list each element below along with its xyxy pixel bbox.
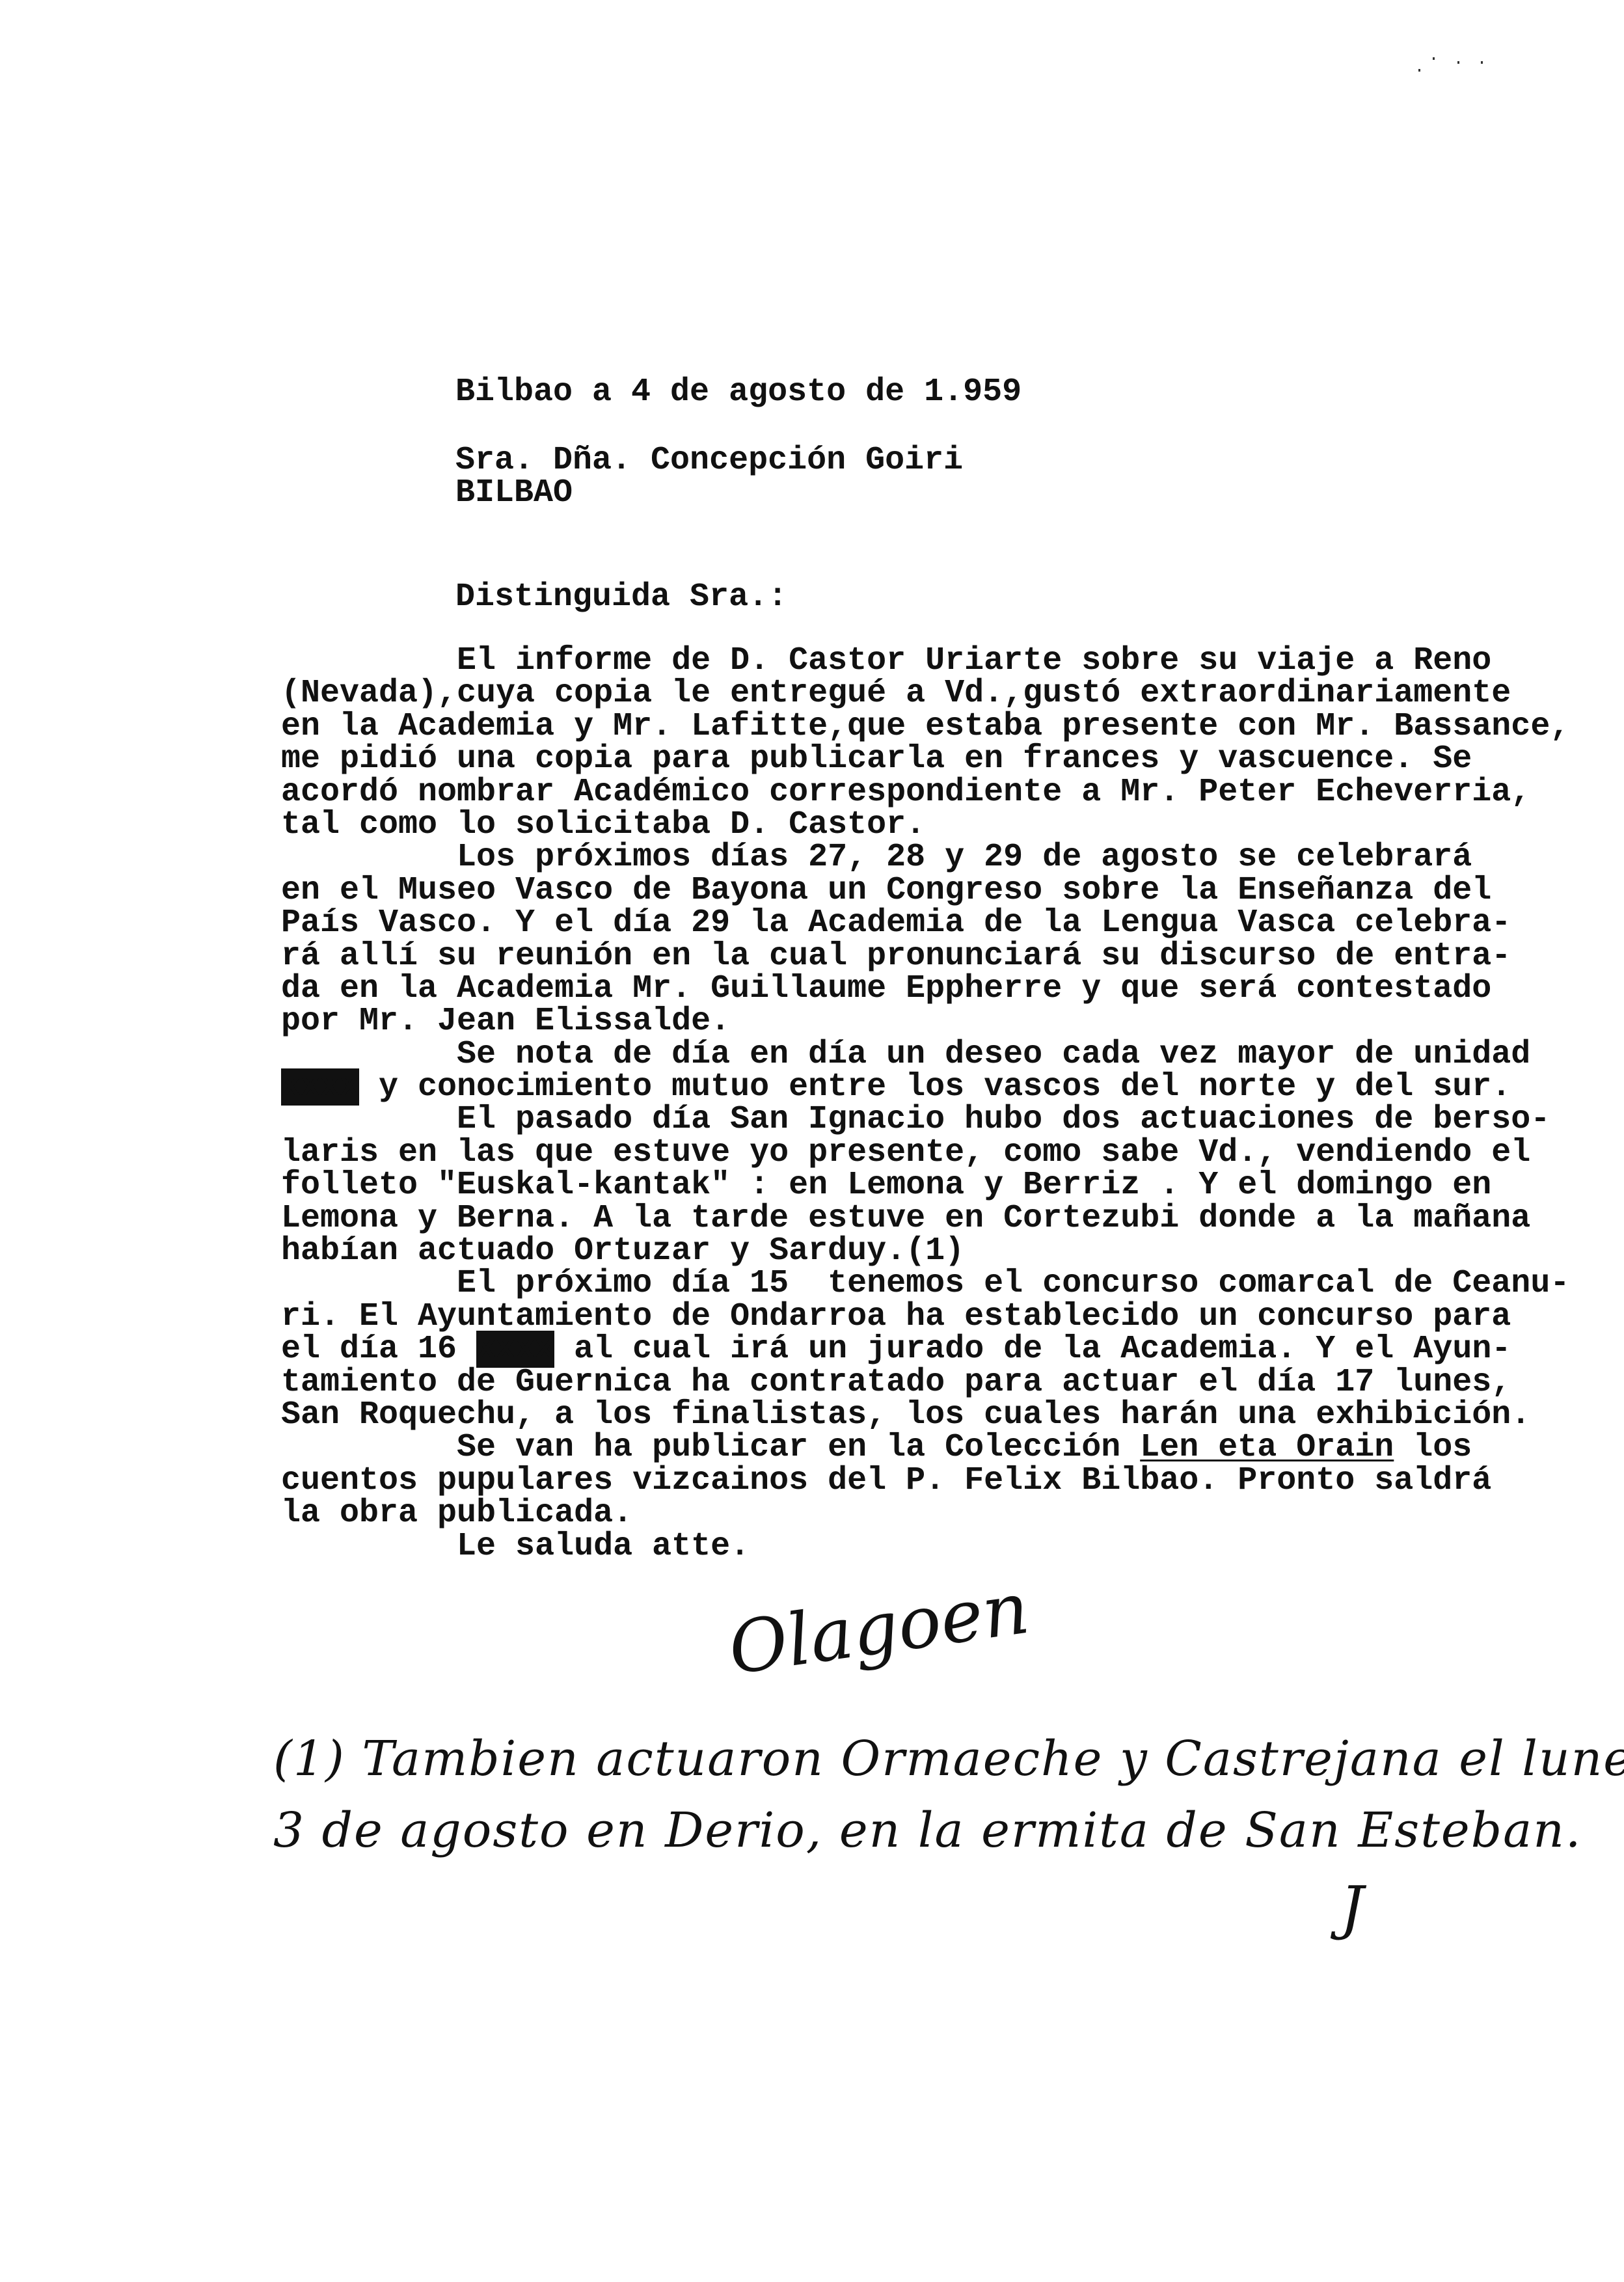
recipient-city: BILBAO xyxy=(455,477,573,509)
body-text: la obra publicada. xyxy=(281,1495,632,1532)
recipient-name: Sra. Dña. Concepción Goiri xyxy=(455,444,963,477)
body-line: ri. El Ayuntamiento de Ondarroa ha estab… xyxy=(281,1301,1569,1333)
body-line: cuentos pupulares vizcainos del P. Felix… xyxy=(281,1465,1569,1497)
body-text: da en la Academia Mr. Guillaume Eppherre… xyxy=(281,970,1491,1007)
body-text: El próximo día 15 tenemos el concurso co… xyxy=(281,1265,1569,1302)
body-text: País Vasco. Y el día 29 la Academia de l… xyxy=(281,904,1511,942)
letter-page: Bilbao a 4 de agosto de 1.959 Sra. Dña. … xyxy=(0,0,1624,2282)
body-line: folleto "Euskal-kantak" : en Lemona y Be… xyxy=(281,1169,1569,1202)
salutation: Distinguida Sra.: xyxy=(455,581,787,614)
handwritten-initial: J xyxy=(1340,1874,1364,1942)
body-line: rá allí su reunión en la cual pronunciar… xyxy=(281,940,1569,973)
body-text: San Roquechu, a los finalistas, los cual… xyxy=(281,1396,1530,1433)
body-line: Lemona y Berna. A la tarde estuve en Cor… xyxy=(281,1202,1569,1235)
body-text: rá allí su reunión en la cual pronunciar… xyxy=(281,938,1511,975)
body-line: El informe de D. Castor Uriarte sobre su… xyxy=(281,645,1569,677)
body-line: en el Museo Vasco de Bayona un Congreso … xyxy=(281,875,1569,907)
body-line: Los próximos días 27, 28 y 29 de agosto … xyxy=(281,841,1569,874)
body-text: laris en las que estuve yo presente, com… xyxy=(281,1134,1530,1171)
body-line: Le saluda atte. xyxy=(281,1530,1569,1563)
handwritten-footnote-line: 3 de agosto en Derio, en la ermita de Sa… xyxy=(273,1802,1582,1858)
body-line: tal como lo solicitaba D. Castor. xyxy=(281,809,1569,841)
body-line: tamiento de Guernica ha contratado para … xyxy=(281,1366,1569,1399)
body-text: por Mr. Jean Elissalde. xyxy=(281,1003,730,1040)
underlined-title: Len eta Orain xyxy=(1140,1429,1394,1466)
body-line: me pidió una copia para publicarla en fr… xyxy=(281,743,1569,776)
body-text: el día 16 xyxy=(281,1331,476,1368)
body-text: Le saluda atte. xyxy=(281,1528,750,1565)
body-line: en la Academia y Mr. Lafitte,que estaba … xyxy=(281,711,1569,743)
body-line: El próximo día 15 tenemos el concurso co… xyxy=(281,1268,1569,1300)
body-line: Se van ha publicar en la Colección Len e… xyxy=(281,1432,1569,1464)
body-line: San Roquechu, a los finalistas, los cual… xyxy=(281,1399,1569,1432)
body-line: Se nota de día en día un deseo cada vez … xyxy=(281,1039,1569,1071)
body-text: ri. El Ayuntamiento de Ondarroa ha estab… xyxy=(281,1298,1511,1335)
body-line: la obra publicada. xyxy=(281,1497,1569,1530)
body-text: Los próximos días 27, 28 y 29 de agosto … xyxy=(281,839,1472,876)
body-line: País Vasco. Y el día 29 la Academia de l… xyxy=(281,907,1569,940)
body-text: Se van ha publicar en la Colección xyxy=(281,1429,1140,1466)
body-text: tamiento de Guernica ha contratado para … xyxy=(281,1364,1511,1401)
body-text: habían actuado Ortuzar y Sarduy.(1) xyxy=(281,1232,964,1270)
body-line: laris en las que estuve yo presente, com… xyxy=(281,1137,1569,1169)
scan-noise-marks xyxy=(1431,52,1483,78)
body-text: El informe de D. Castor Uriarte sobre su… xyxy=(281,642,1491,679)
body-line: xxxx y conocimiento mutuo entre los vasc… xyxy=(281,1071,1569,1104)
body-text: cuentos pupulares vizcainos del P. Felix… xyxy=(281,1462,1491,1499)
body-text: en el Museo Vasco de Bayona un Congreso … xyxy=(281,872,1491,909)
handwritten-footnote-line: (1) Tambien actuaron Ormaeche y Castreja… xyxy=(273,1731,1624,1787)
body-text: y conocimiento mutuo entre los vascos de… xyxy=(359,1068,1511,1106)
body-text: (Nevada),cuya copia le entregué a Vd.,gu… xyxy=(281,675,1511,712)
body-line: El pasado día San Ignacio hubo dos actua… xyxy=(281,1104,1569,1136)
body-text: los xyxy=(1394,1429,1472,1466)
body-line: acordó nombrar Académico correspondiente… xyxy=(281,776,1569,809)
body-text: al cual irá un jurado de la Academia. Y … xyxy=(554,1331,1511,1368)
body-text: me pidió una copia para publicarla en fr… xyxy=(281,740,1472,778)
body-text: en la Academia y Mr. Lafitte,que estaba … xyxy=(281,708,1569,745)
body-line: (Nevada),cuya copia le entregué a Vd.,gu… xyxy=(281,677,1569,710)
body-text: Se nota de día en día un deseo cada vez … xyxy=(281,1036,1530,1073)
body-text: tal como lo solicitaba D. Castor. xyxy=(281,806,925,843)
date-line: Bilbao a 4 de agosto de 1.959 xyxy=(455,376,1022,409)
body-line: el día 16 xxxx al cual irá un jurado de … xyxy=(281,1333,1569,1366)
body-text: acordó nombrar Académico correspondiente… xyxy=(281,774,1530,811)
struck-out-text: xxxx xyxy=(281,1068,359,1106)
body-text: El pasado día San Ignacio hubo dos actua… xyxy=(281,1101,1550,1138)
signature: Olagoen xyxy=(724,1566,1034,1691)
body-text: folleto "Euskal-kantak" : en Lemona y Be… xyxy=(281,1167,1491,1204)
body-line: por Mr. Jean Elissalde. xyxy=(281,1005,1569,1038)
body-line: da en la Academia Mr. Guillaume Eppherre… xyxy=(281,973,1569,1005)
struck-out-text: xxxx xyxy=(476,1331,554,1368)
body-line: habían actuado Ortuzar y Sarduy.(1) xyxy=(281,1235,1569,1268)
letter-body: El informe de D. Castor Uriarte sobre su… xyxy=(281,645,1569,1563)
body-text: Lemona y Berna. A la tarde estuve en Cor… xyxy=(281,1200,1530,1237)
